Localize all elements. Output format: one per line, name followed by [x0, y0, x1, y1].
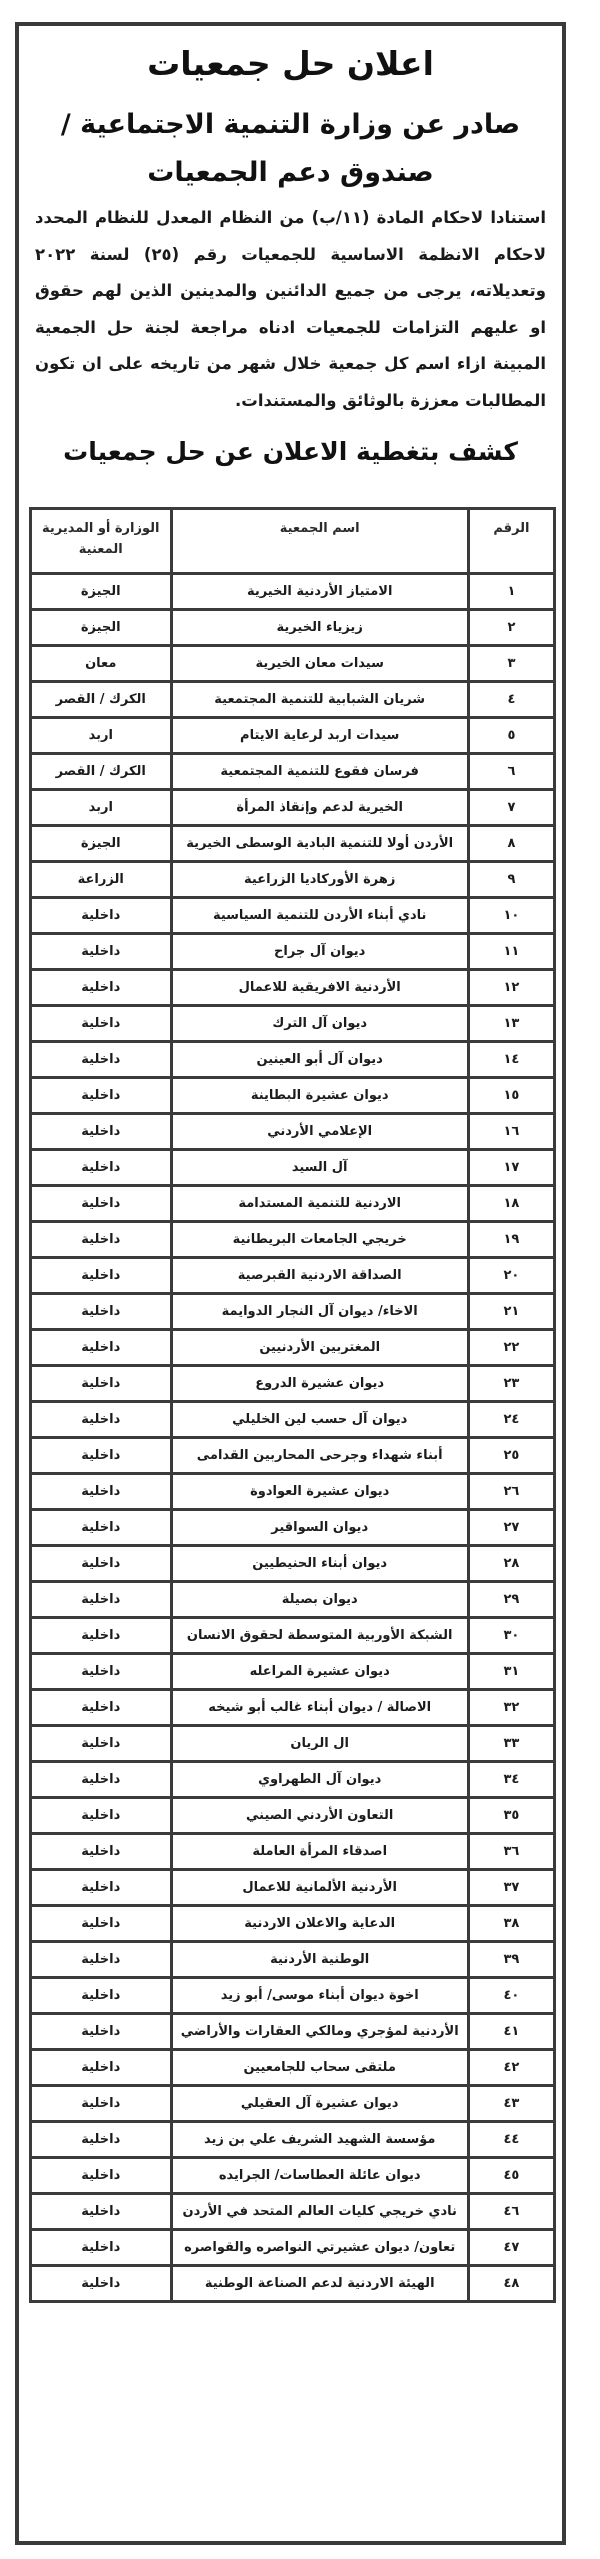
row-directorate: داخلية: [31, 2194, 172, 2230]
header-number: الرقم: [468, 509, 554, 574]
row-number: ٣٦: [468, 1834, 554, 1870]
table-row: ١٣ديوان آل التركداخلية: [31, 1006, 555, 1042]
row-number: ٣٠: [468, 1618, 554, 1654]
row-directorate: الجيزة: [31, 574, 172, 610]
table-row: ٢٩ديوان بصيلةداخلية: [31, 1582, 555, 1618]
table-row: ٢٠الصداقة الاردنية القبرصيةداخلية: [31, 1258, 555, 1294]
row-directorate: اربد: [31, 718, 172, 754]
row-number: ٢٤: [468, 1402, 554, 1438]
table-row: ٢٣ديوان عشيرة الدروعداخلية: [31, 1366, 555, 1402]
table-row: ٣سيدات معان الخيريةمعان: [31, 646, 555, 682]
row-association-name: الشبكة الأوربية المتوسطة لحقوق الانسان: [171, 1618, 468, 1654]
row-directorate: داخلية: [31, 1834, 172, 1870]
table-row: ٤١الأردنية لمؤجري ومالكي العقارات والأرا…: [31, 2014, 555, 2050]
row-number: ٤٧: [468, 2230, 554, 2266]
row-directorate: داخلية: [31, 1330, 172, 1366]
row-association-name: الاردنية للتنمية المستدامة: [171, 1186, 468, 1222]
row-association-name: اصدقاء المرأة العاملة: [171, 1834, 468, 1870]
row-number: ٢٧: [468, 1510, 554, 1546]
row-number: ٤٥: [468, 2158, 554, 2194]
row-number: ٣٨: [468, 1906, 554, 1942]
row-association-name: ديوان آل جراح: [171, 934, 468, 970]
row-association-name: الاخاء/ ديوان آل النجار الدوايمة: [171, 1294, 468, 1330]
table-row: ١الامتياز الأردنية الخيريةالجيزة: [31, 574, 555, 610]
row-directorate: داخلية: [31, 1978, 172, 2014]
row-association-name: الامتياز الأردنية الخيرية: [171, 574, 468, 610]
row-directorate: داخلية: [31, 1150, 172, 1186]
row-number: ٣٥: [468, 1798, 554, 1834]
table-row: ١٠نادي أبناء الأردن للتنمية السياسيةداخل…: [31, 898, 555, 934]
row-directorate: داخلية: [31, 2122, 172, 2158]
row-number: ١٨: [468, 1186, 554, 1222]
table-row: ٧الخيرية لدعم وإنقاذ المرأةاربد: [31, 790, 555, 826]
row-association-name: الأردنية الألمانية للاعمال: [171, 1870, 468, 1906]
table-row: ١٥ديوان عشيرة البطاينةداخلية: [31, 1078, 555, 1114]
row-number: ٦: [468, 754, 554, 790]
row-association-name: المغتربين الأردنيين: [171, 1330, 468, 1366]
table-row: ١٦الإعلامي الأردنيداخلية: [31, 1114, 555, 1150]
announcement-subtitle-line2: صندوق دعم الجمعيات: [29, 150, 552, 196]
row-directorate: الجيزة: [31, 826, 172, 862]
row-directorate: داخلية: [31, 1690, 172, 1726]
table-row: ٢زيزياء الخيريةالجيزة: [31, 610, 555, 646]
row-association-name: التعاون الأردني الصيني: [171, 1798, 468, 1834]
row-number: ١١: [468, 934, 554, 970]
row-directorate: داخلية: [31, 1402, 172, 1438]
row-directorate: داخلية: [31, 1870, 172, 1906]
table-row: ٢٦ديوان عشيرة العوادوةداخلية: [31, 1474, 555, 1510]
row-association-name: آل السيد: [171, 1150, 468, 1186]
row-association-name: ديوان آل حسب لين الخليلي: [171, 1402, 468, 1438]
table-row: ٢٢المغتربين الأردنيينداخلية: [31, 1330, 555, 1366]
row-number: ٤٣: [468, 2086, 554, 2122]
row-directorate: داخلية: [31, 898, 172, 934]
row-association-name: نادي خريجي كليات العالم المتحد في الأردن: [171, 2194, 468, 2230]
row-association-name: ديوان عشيرة الدروع: [171, 1366, 468, 1402]
row-number: ٤٨: [468, 2266, 554, 2302]
row-association-name: سيدات اربد لرعاية الايتام: [171, 718, 468, 754]
associations-table: الرقم اسم الجمعية الوزارة أو المديرية ال…: [29, 507, 556, 2303]
row-directorate: الزراعة: [31, 862, 172, 898]
row-number: ٣٣: [468, 1726, 554, 1762]
row-directorate: داخلية: [31, 2050, 172, 2086]
announcement-subtitle-line1: صادر عن وزارة التنمية الاجتماعية /: [29, 102, 552, 148]
table-row: ١٧آل السيدداخلية: [31, 1150, 555, 1186]
row-association-name: خريجي الجامعات البريطانية: [171, 1222, 468, 1258]
row-association-name: ديوان عائلة العطاسات/ الجرايده: [171, 2158, 468, 2194]
header-directorate: الوزارة أو المديرية المعنية: [31, 509, 172, 574]
row-directorate: داخلية: [31, 1942, 172, 1978]
table-row: ٦فرسان فقوع للتنمية المجتمعيةالكرك / الق…: [31, 754, 555, 790]
row-directorate: داخلية: [31, 2014, 172, 2050]
row-directorate: داخلية: [31, 1222, 172, 1258]
table-row: ٢٧ديوان السواقيرداخلية: [31, 1510, 555, 1546]
table-row: ٤٥ديوان عائلة العطاسات/ الجرايدهداخلية: [31, 2158, 555, 2194]
row-number: ٢٠: [468, 1258, 554, 1294]
row-number: ٢١: [468, 1294, 554, 1330]
table-row: ٣٨الدعاية والاعلان الاردنيةداخلية: [31, 1906, 555, 1942]
row-number: ٤٦: [468, 2194, 554, 2230]
row-directorate: داخلية: [31, 2266, 172, 2302]
row-number: ٢٨: [468, 1546, 554, 1582]
row-number: ٢٥: [468, 1438, 554, 1474]
row-number: ٩: [468, 862, 554, 898]
table-row: ٣٥التعاون الأردني الصينيداخلية: [31, 1798, 555, 1834]
row-association-name: الأردنية الافريقية للاعمال: [171, 970, 468, 1006]
row-directorate: اربد: [31, 790, 172, 826]
row-association-name: الهيئة الاردنية لدعم الصناعة الوطنية: [171, 2266, 468, 2302]
table-row: ٩زهرة الأوركاديا الزراعيةالزراعة: [31, 862, 555, 898]
row-association-name: زهرة الأوركاديا الزراعية: [171, 862, 468, 898]
row-association-name: ديوان آل الترك: [171, 1006, 468, 1042]
row-number: ٨: [468, 826, 554, 862]
row-directorate: معان: [31, 646, 172, 682]
row-directorate: داخلية: [31, 1906, 172, 1942]
table-row: ٣٤ديوان آل الطهراويداخلية: [31, 1762, 555, 1798]
row-number: ٢٩: [468, 1582, 554, 1618]
table-row: ٤٦نادي خريجي كليات العالم المتحد في الأر…: [31, 2194, 555, 2230]
row-association-name: ديوان عشيرة آل العقيلي: [171, 2086, 468, 2122]
table-row: ١١ديوان آل جراحداخلية: [31, 934, 555, 970]
row-number: ١٤: [468, 1042, 554, 1078]
row-association-name: ديوان أبناء الحنيطيين: [171, 1546, 468, 1582]
row-directorate: داخلية: [31, 1294, 172, 1330]
row-directorate: الجيزة: [31, 610, 172, 646]
row-association-name: مؤسسة الشهيد الشريف علي بن زيد: [171, 2122, 468, 2158]
row-directorate: داخلية: [31, 2086, 172, 2122]
row-association-name: ديوان عشيرة البطاينة: [171, 1078, 468, 1114]
table-row: ٣١ديوان عشيرة المراعلهداخلية: [31, 1654, 555, 1690]
row-association-name: ال الريان: [171, 1726, 468, 1762]
row-directorate: داخلية: [31, 1186, 172, 1222]
row-directorate: داخلية: [31, 1798, 172, 1834]
table-row: ٥سيدات اربد لرعاية الايتاماربد: [31, 718, 555, 754]
table-row: ٣٠الشبكة الأوربية المتوسطة لحقوق الانسان…: [31, 1618, 555, 1654]
row-association-name: فرسان فقوع للتنمية المجتمعية: [171, 754, 468, 790]
table-row: ٤٤مؤسسة الشهيد الشريف علي بن زيدداخلية: [31, 2122, 555, 2158]
row-association-name: الأردن أولا للتنمية البادية الوسطى الخير…: [171, 826, 468, 862]
row-number: ٧: [468, 790, 554, 826]
row-number: ٤٠: [468, 1978, 554, 2014]
row-number: ٢٢: [468, 1330, 554, 1366]
row-association-name: ملتقى سحاب للجامعيين: [171, 2050, 468, 2086]
row-directorate: داخلية: [31, 1510, 172, 1546]
row-number: ٣٢: [468, 1690, 554, 1726]
table-row: ١٢الأردنية الافريقية للاعمالداخلية: [31, 970, 555, 1006]
row-directorate: داخلية: [31, 1654, 172, 1690]
table-body: ١الامتياز الأردنية الخيريةالجيزة٢زيزياء …: [31, 574, 555, 2302]
table-row: ٣٧الأردنية الألمانية للاعمالداخلية: [31, 1870, 555, 1906]
row-directorate: داخلية: [31, 1618, 172, 1654]
table-row: ٨الأردن أولا للتنمية البادية الوسطى الخي…: [31, 826, 555, 862]
table-row: ١٩خريجي الجامعات البريطانيةداخلية: [31, 1222, 555, 1258]
table-row: ٤٢ملتقى سحاب للجامعيينداخلية: [31, 2050, 555, 2086]
row-number: ١: [468, 574, 554, 610]
row-association-name: ديوان بصيلة: [171, 1582, 468, 1618]
row-number: ٣٩: [468, 1942, 554, 1978]
table-row: ٣٩الوطنية الأردنيةداخلية: [31, 1942, 555, 1978]
row-directorate: داخلية: [31, 1006, 172, 1042]
row-number: ٥: [468, 718, 554, 754]
row-association-name: أبناء شهداء وجرحى المحاربين القدامى: [171, 1438, 468, 1474]
row-number: ١٢: [468, 970, 554, 1006]
table-row: ٢٤ديوان آل حسب لين الخليليداخلية: [31, 1402, 555, 1438]
row-association-name: الدعاية والاعلان الاردنية: [171, 1906, 468, 1942]
row-directorate: داخلية: [31, 1726, 172, 1762]
row-directorate: داخلية: [31, 1114, 172, 1150]
row-directorate: الكرك / القصر: [31, 682, 172, 718]
row-number: ٤١: [468, 2014, 554, 2050]
row-directorate: الكرك / القصر: [31, 754, 172, 790]
table-row: ٤٧تعاون/ ديوان عشيرتي النواصره والقواصره…: [31, 2230, 555, 2266]
row-directorate: داخلية: [31, 1474, 172, 1510]
table-row: ٢١الاخاء/ ديوان آل النجار الدوايمةداخلية: [31, 1294, 555, 1330]
row-directorate: داخلية: [31, 1438, 172, 1474]
row-number: ١٥: [468, 1078, 554, 1114]
row-directorate: داخلية: [31, 1042, 172, 1078]
row-directorate: داخلية: [31, 2230, 172, 2266]
row-association-name: سيدات معان الخيرية: [171, 646, 468, 682]
row-number: ١٣: [468, 1006, 554, 1042]
row-directorate: داخلية: [31, 934, 172, 970]
announcement-intro-paragraph: استنادا لاحكام المادة (١١/ب) من النظام ا…: [35, 200, 546, 419]
table-row: ٤شريان الشبابية للتنمية المجتمعيةالكرك /…: [31, 682, 555, 718]
row-number: ١٧: [468, 1150, 554, 1186]
announcement-title: اعلان حل جمعيات: [19, 44, 562, 84]
row-association-name: الوطنية الأردنية: [171, 1942, 468, 1978]
table-row: ٤٠اخوة ديوان أبناء موسى/ أبو زيدداخلية: [31, 1978, 555, 2014]
row-association-name: اخوة ديوان أبناء موسى/ أبو زيد: [171, 1978, 468, 2014]
table-row: ٣٣ال الريانداخلية: [31, 1726, 555, 1762]
announcement-frame: اعلان حل جمعيات صادر عن وزارة التنمية ال…: [15, 22, 566, 2545]
table-row: ٢٨ديوان أبناء الحنيطيينداخلية: [31, 1546, 555, 1582]
table-row: ٣٢الاصالة / ديوان أبناء غالب أبو شيخهداخ…: [31, 1690, 555, 1726]
row-association-name: الأردنية لمؤجري ومالكي العقارات والأراضي: [171, 2014, 468, 2050]
table-header-row: الرقم اسم الجمعية الوزارة أو المديرية ال…: [31, 509, 555, 574]
row-number: ٤٢: [468, 2050, 554, 2086]
row-number: ١٩: [468, 1222, 554, 1258]
row-association-name: ديوان عشيرة العوادوة: [171, 1474, 468, 1510]
row-number: ١٦: [468, 1114, 554, 1150]
row-directorate: داخلية: [31, 1258, 172, 1294]
row-number: ٤٤: [468, 2122, 554, 2158]
row-association-name: الاصالة / ديوان أبناء غالب أبو شيخه: [171, 1690, 468, 1726]
row-number: ٢: [468, 610, 554, 646]
row-number: ٣٤: [468, 1762, 554, 1798]
table-row: ٤٨الهيئة الاردنية لدعم الصناعة الوطنيةدا…: [31, 2266, 555, 2302]
row-directorate: داخلية: [31, 1078, 172, 1114]
row-association-name: الخيرية لدعم وإنقاذ المرأة: [171, 790, 468, 826]
row-number: ٣٧: [468, 1870, 554, 1906]
table-row: ١٤ديوان آل أبو العينينداخلية: [31, 1042, 555, 1078]
row-association-name: نادي أبناء الأردن للتنمية السياسية: [171, 898, 468, 934]
row-association-name: زيزياء الخيرية: [171, 610, 468, 646]
table-row: ٤٣ديوان عشيرة آل العقيليداخلية: [31, 2086, 555, 2122]
row-number: ١٠: [468, 898, 554, 934]
header-name: اسم الجمعية: [171, 509, 468, 574]
section-title: كشف بتغطية الاعلان عن حل جمعيات: [19, 434, 562, 470]
row-directorate: داخلية: [31, 1582, 172, 1618]
row-number: ٢٣: [468, 1366, 554, 1402]
row-association-name: الإعلامي الأردني: [171, 1114, 468, 1150]
row-association-name: الصداقة الاردنية القبرصية: [171, 1258, 468, 1294]
row-directorate: داخلية: [31, 1762, 172, 1798]
row-directorate: داخلية: [31, 1366, 172, 1402]
row-association-name: تعاون/ ديوان عشيرتي النواصره والقواصره: [171, 2230, 468, 2266]
row-association-name: ديوان السواقير: [171, 1510, 468, 1546]
row-number: ٣١: [468, 1654, 554, 1690]
row-association-name: ديوان آل الطهراوي: [171, 1762, 468, 1798]
row-number: ٤: [468, 682, 554, 718]
row-number: ٢٦: [468, 1474, 554, 1510]
table-row: ٣٦اصدقاء المرأة العاملةداخلية: [31, 1834, 555, 1870]
row-association-name: شريان الشبابية للتنمية المجتمعية: [171, 682, 468, 718]
row-association-name: ديوان آل أبو العينين: [171, 1042, 468, 1078]
row-number: ٣: [468, 646, 554, 682]
row-directorate: داخلية: [31, 1546, 172, 1582]
table-row: ١٨الاردنية للتنمية المستدامةداخلية: [31, 1186, 555, 1222]
table-row: ٢٥أبناء شهداء وجرحى المحاربين القدامىداخ…: [31, 1438, 555, 1474]
row-directorate: داخلية: [31, 970, 172, 1006]
row-association-name: ديوان عشيرة المراعله: [171, 1654, 468, 1690]
row-directorate: داخلية: [31, 2158, 172, 2194]
